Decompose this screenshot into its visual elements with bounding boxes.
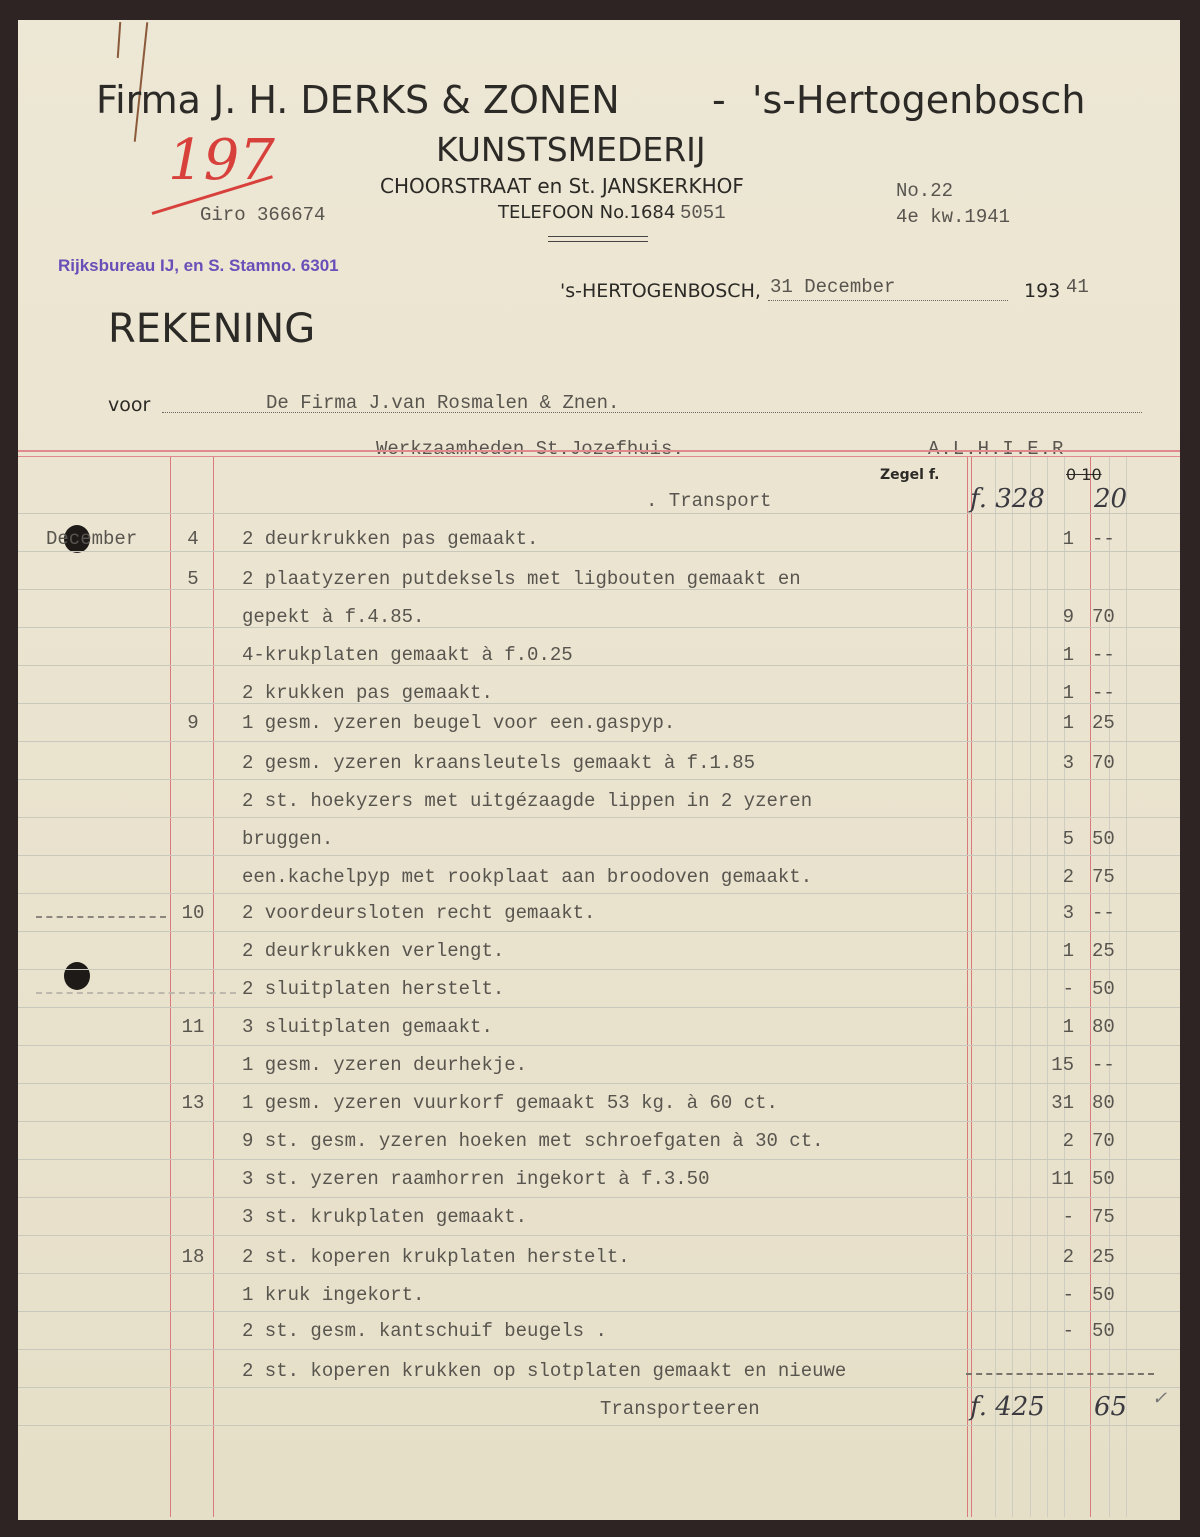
- row-guilders: 3: [1014, 752, 1074, 774]
- row-description: 1 kruk ingekort.: [242, 1284, 424, 1306]
- transport-amount: f. 328: [970, 484, 1045, 514]
- row-guilders: 31: [1014, 1092, 1074, 1114]
- row-guilders: 1: [1014, 940, 1074, 962]
- row-guilders: 1: [1014, 528, 1074, 550]
- row-guilders: 1: [1014, 682, 1074, 704]
- header-separator: -: [712, 78, 726, 122]
- row-description: 2 st. hoekyzers met uitgézaagde lippen i…: [242, 790, 812, 812]
- row-description: 2 voordeursloten recht gemaakt.: [242, 902, 595, 924]
- row-cents: 50: [1092, 978, 1115, 1000]
- row-cents: --: [1092, 644, 1115, 666]
- row-description: 4-krukplaten gemaakt à f.0.25: [242, 644, 573, 666]
- row-cents: 75: [1092, 1206, 1115, 1228]
- row-description: 2 krukken pas gemaakt.: [242, 682, 493, 704]
- row-cents: 50: [1092, 1284, 1115, 1306]
- row-description: 1 gesm. yzeren vuurkorf gemaakt 53 kg. à…: [242, 1092, 778, 1114]
- month-label: December: [46, 528, 137, 550]
- row-guilders: 1: [1014, 644, 1074, 666]
- transport-label: . Transport: [646, 490, 771, 512]
- rijksbureau-stamp: Rijksbureau IJ, en S. Stamno. 6301: [58, 256, 339, 276]
- row-day: 9: [170, 712, 216, 734]
- company-address: CHOORSTRAAT en St. JANSKERKHOF: [380, 174, 744, 198]
- stamp-duty-value: 0 10: [1066, 465, 1102, 484]
- amount-column-rule: [967, 457, 968, 1517]
- punch-hole: [64, 962, 90, 990]
- date-dash-line: [36, 992, 236, 994]
- amount-column-rule: [971, 457, 972, 1517]
- row-guilders: -: [1014, 1206, 1074, 1228]
- row-description: 3 sluitplaten gemaakt.: [242, 1016, 493, 1038]
- table-top-rule: [18, 456, 1180, 457]
- red-reference-number: 197: [168, 128, 275, 193]
- company-name: Firma J. H. DERKS & ZONEN: [96, 78, 620, 122]
- row-guilders: 2: [1014, 1130, 1074, 1152]
- row-guilders: 5: [1014, 828, 1074, 850]
- row-description: een.kachelpyp met rookplaat aan broodove…: [242, 866, 812, 888]
- row-cents: 80: [1092, 1016, 1115, 1038]
- row-guilders: 3: [1014, 902, 1074, 924]
- row-cents: 75: [1092, 866, 1115, 888]
- row-description: 1 gesm. yzeren deurhekje.: [242, 1054, 527, 1076]
- check-mark-icon: ✓: [1152, 1388, 1167, 1409]
- row-day: 13: [170, 1092, 216, 1114]
- row-day: 11: [170, 1016, 216, 1038]
- recipient-name: De Firma J.van Rosmalen & Znen.: [266, 392, 619, 414]
- date-dotted-line: [768, 300, 1008, 301]
- carry-forward-label: Transporteeren: [600, 1398, 760, 1420]
- row-cents: --: [1092, 682, 1115, 704]
- row-description: 2 st. koperen krukplaten herstelt.: [242, 1246, 630, 1268]
- row-description: bruggen.: [242, 828, 333, 850]
- row-guilders: 11: [1014, 1168, 1074, 1190]
- company-city: 's-Hertogenbosch: [752, 78, 1085, 122]
- giro-number: Giro 366674: [200, 204, 325, 226]
- row-cents: 50: [1092, 1320, 1115, 1342]
- trade-title: KUNSTSMEDERIJ: [436, 130, 706, 169]
- year-suffix: 41: [1066, 276, 1089, 298]
- row-description: 3 st. yzeren raamhorren ingekort à f.3.5…: [242, 1168, 709, 1190]
- date-dash-line: [36, 916, 166, 918]
- recipient-label: voor: [108, 394, 150, 416]
- row-description: 2 st. gesm. kantschuif beugels .: [242, 1320, 607, 1342]
- row-cents: 25: [1092, 940, 1115, 962]
- row-description: 9 st. gesm. yzeren hoeken met schroefgat…: [242, 1130, 824, 1152]
- double-rule: [548, 236, 648, 242]
- continuation-dash: [966, 1373, 1154, 1375]
- row-guilders: -: [1014, 978, 1074, 1000]
- row-cents: --: [1092, 528, 1115, 550]
- row-guilders: -: [1014, 1320, 1074, 1342]
- year-prefix: 193: [1024, 280, 1060, 302]
- invoice-date: 31 December: [770, 276, 895, 298]
- row-day: 5: [170, 568, 216, 590]
- row-description: 3 st. krukplaten gemaakt.: [242, 1206, 527, 1228]
- row-guilders: 9: [1014, 606, 1074, 628]
- row-guilders: 2: [1014, 1246, 1074, 1268]
- day-column-rule: [213, 457, 214, 1517]
- date-column-rule: [170, 457, 171, 1517]
- row-description: 2 deurkrukken pas gemaakt.: [242, 528, 538, 550]
- row-day: 18: [170, 1246, 216, 1268]
- invoice-title: REKENING: [108, 306, 315, 352]
- row-guilders: -: [1014, 1284, 1074, 1306]
- row-guilders: 15: [1014, 1054, 1074, 1076]
- stamp-duty-label: Zegel f.: [880, 467, 939, 483]
- cents-column-rule: [1090, 457, 1091, 1517]
- row-cents: 50: [1092, 828, 1115, 850]
- row-cents: 70: [1092, 1130, 1115, 1152]
- row-cents: 25: [1092, 1246, 1115, 1268]
- typed-phone: 5051: [680, 202, 726, 224]
- row-description: gepekt à f.4.85.: [242, 606, 424, 628]
- row-day: 10: [170, 902, 216, 924]
- table-top-rule: [18, 450, 1180, 452]
- row-description: 2 sluitplaten herstelt.: [242, 978, 504, 1000]
- row-day: 4: [170, 528, 216, 550]
- row-cents: 50: [1092, 1168, 1115, 1190]
- row-description: 2 deurkrukken verlengt.: [242, 940, 504, 962]
- row-cents: --: [1092, 1054, 1115, 1076]
- carry-forward-amount: f. 425: [970, 1392, 1045, 1422]
- carry-forward-cents: 65: [1094, 1392, 1127, 1422]
- row-description: 2 st. koperen krukken op slotplaten gema…: [242, 1360, 846, 1382]
- company-phone: TELEFOON No.1684: [498, 202, 675, 223]
- row-guilders: 2: [1014, 866, 1074, 888]
- quarter-label: 4e kw.1941: [896, 206, 1010, 228]
- row-cents: --: [1092, 902, 1115, 924]
- row-guilders: 1: [1014, 712, 1074, 734]
- row-cents: 25: [1092, 712, 1115, 734]
- row-cents: 70: [1092, 752, 1115, 774]
- row-cents: 70: [1092, 606, 1115, 628]
- row-guilders: 1: [1014, 1016, 1074, 1038]
- dateline-place: 's-HERTOGENBOSCH,: [560, 280, 761, 302]
- row-description: 2 gesm. yzeren kraansleutels gemaakt à f…: [242, 752, 755, 774]
- row-description: 2 plaatyzeren putdeksels met ligbouten g…: [242, 568, 801, 590]
- transport-cents: 20: [1094, 484, 1127, 514]
- document-number: No.22: [896, 180, 953, 202]
- row-description: 1 gesm. yzeren beugel voor een.gaspyp.: [242, 712, 675, 734]
- row-cents: 80: [1092, 1092, 1115, 1114]
